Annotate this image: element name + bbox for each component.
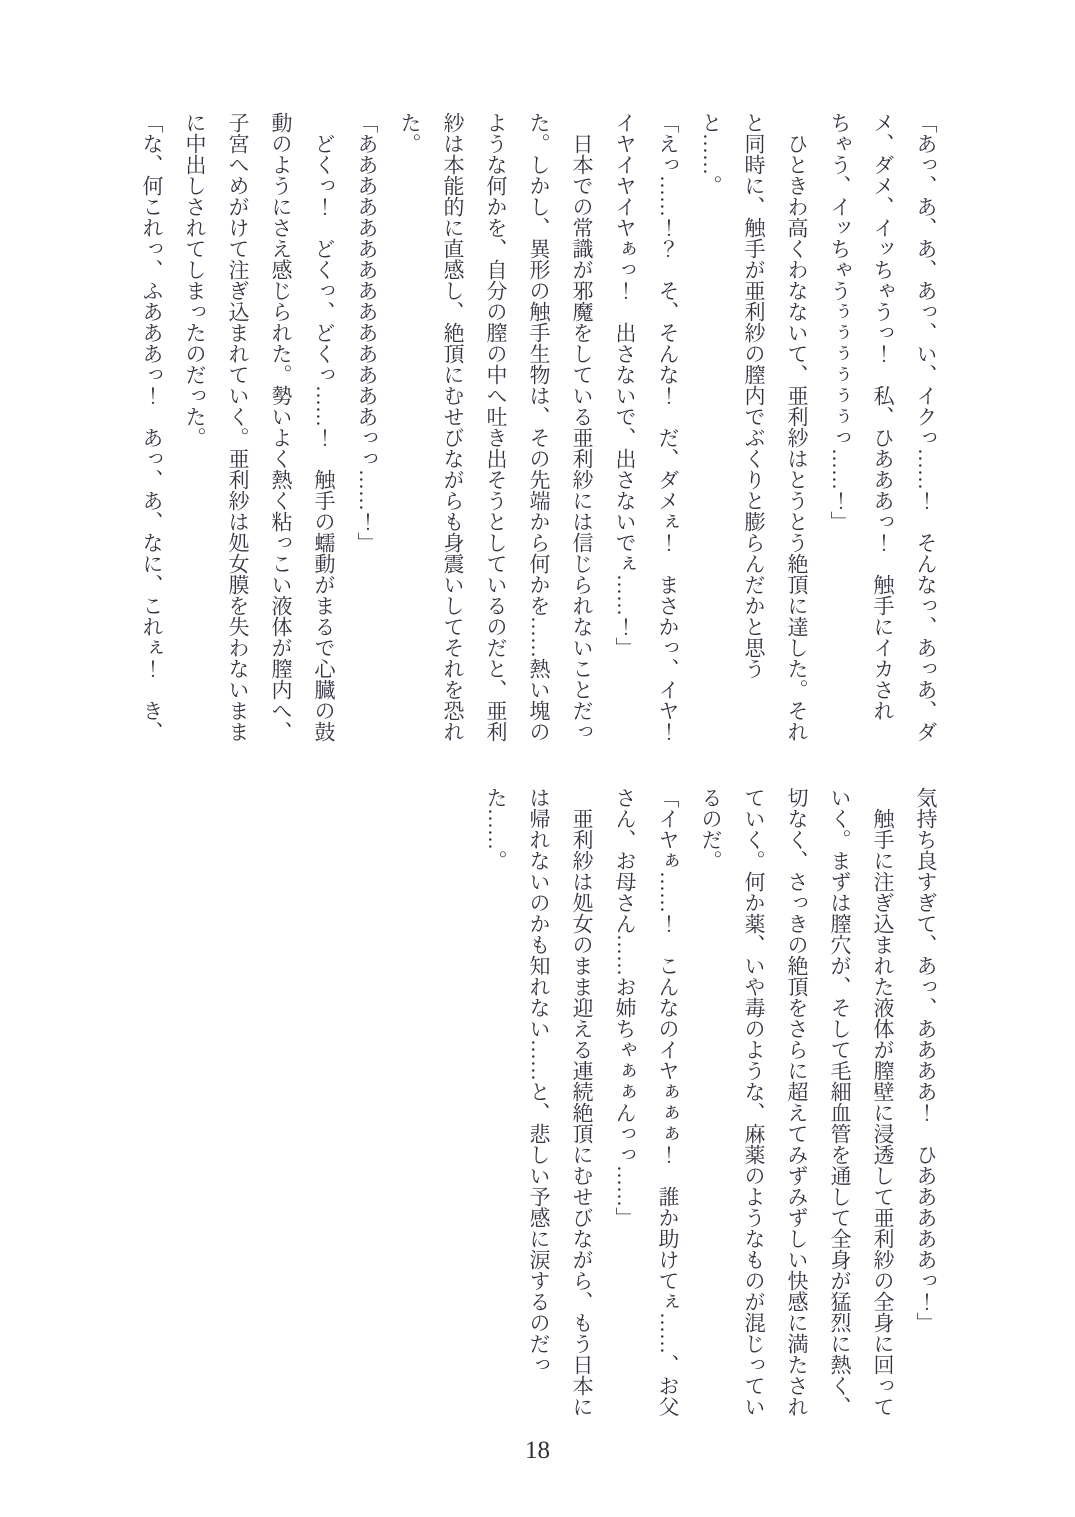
lower-text-block: 気持ち良すぎて、あっ、ああああ！ ひあああああっ！」触手に注ぎ込まれた液体が膣壁… (474, 787, 947, 1419)
page-number: 18 (0, 1437, 1075, 1465)
paragraph: 亜利紗は処女のまま迎える連続絶頂にむせびながら、もう日本には帰れないのかも知れな… (474, 787, 603, 1419)
upper-text-block: 「あっ、あ、あ、あっ、い、イクっ……！ そんなっ、あっあ、ダメ、ダメ、イッちゃう… (130, 112, 947, 744)
paragraph: 「な、何これっ、ふあああっ！ あっ、あ、なに、これぇ！ き、 (130, 112, 173, 744)
paragraph: 「ああああああああああああああっっ……！」 (345, 112, 388, 744)
paragraph: ひときわ高くわなないて、亜利紗はとうとう絶頂に達した。それと同時に、触手が亜利紗… (689, 112, 818, 744)
paragraph: 日本での常識が邪魔をしている亜利紗には信じられないことだった。しかし、異形の触手… (388, 112, 603, 744)
paragraph: 「イヤぁ……！ こんなのイヤぁぁぁ！ 誰か助けてぇ……、お父さん、お母さん……お… (603, 787, 689, 1419)
paragraph: 触手に注ぎ込まれた液体が膣壁に浸透して亜利紗の全身に回っていく。まずは膣穴が、そ… (689, 787, 904, 1419)
paragraph: どくっ！ どくっ、どくっ……！ 触手の蠕動がまるで心臓の鼓動のようにさえ感じられ… (173, 112, 345, 744)
novel-page: 「あっ、あ、あ、あっ、い、イクっ……！ そんなっ、あっあ、ダメ、ダメ、イッちゃう… (0, 0, 1075, 1517)
paragraph: 気持ち良すぎて、あっ、ああああ！ ひあああああっ！」 (904, 787, 947, 1419)
paragraph: 「あっ、あ、あ、あっ、い、イクっ……！ そんなっ、あっあ、ダメ、ダメ、イッちゃう… (818, 112, 947, 744)
paragraph: 「えっ……！？ そ、そんな！ だ、ダメぇ！ まさかっ、イヤ！イヤイヤイヤぁっ！ … (603, 112, 689, 744)
